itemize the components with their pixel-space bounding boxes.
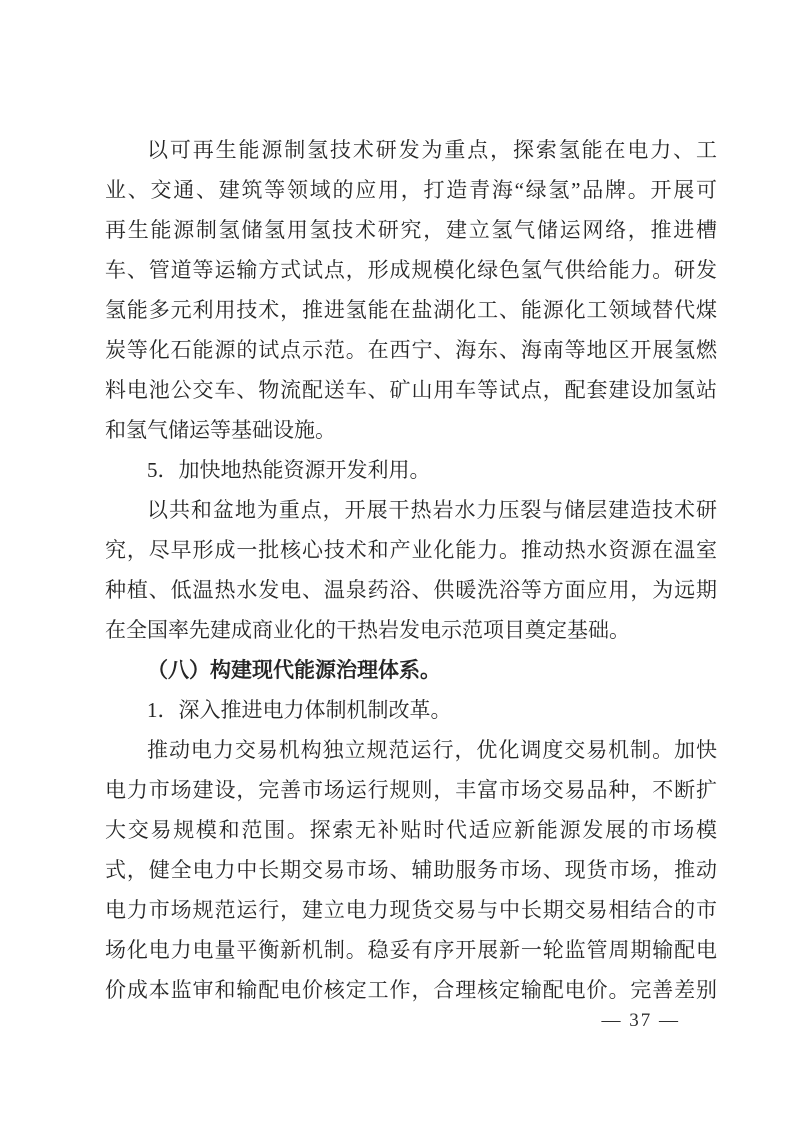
paragraph-geothermal-line: 种植、低温热水发电、温泉药浴、供暖洗浴等方面应用，为远期 (105, 570, 717, 610)
paragraph-geothermal-line: 究，尽早形成一批核心技术和产业化能力。推动热水资源在温室 (105, 530, 717, 570)
heading-item-5: 5．加快地热能资源开发利用。 (105, 450, 717, 490)
paragraph-hydrogen-line: 料电池公交车、物流配送车、矿山用车等试点，配套建设加氢站 (105, 370, 717, 410)
paragraph-power-reform-line: 推动电力交易机构独立规范运行，优化调度交易机制。加快 (105, 730, 717, 770)
paragraph-hydrogen-line: 车、管道等运输方式试点，形成规模化绿色氢气供给能力。研发 (105, 250, 717, 290)
paragraph-hydrogen-line: 再生能源制氢储氢用氢技术研究，建立氢气储运网络，推进槽 (105, 210, 717, 250)
paragraph-hydrogen-line: 以可再生能源制氢技术研发为重点，探索氢能在电力、工 (105, 130, 717, 170)
paragraph-hydrogen-line: 氢能多元利用技术，推进氢能在盐湖化工、能源化工领域替代煤 (105, 290, 717, 330)
paragraph-geothermal-line: 在全国率先建成商业化的干热岩发电示范项目奠定基础。 (105, 610, 717, 650)
paragraph-power-reform-line: 电力市场建设，完善市场运行规则，丰富市场交易品种，不断扩 (105, 770, 717, 810)
paragraph-hydrogen-line: 业、交通、建筑等领域的应用，打造青海“绿氢”品牌。开展可 (105, 170, 717, 210)
paragraph-power-reform-line: 式，健全电力中长期交易市场、辅助服务市场、现货市场，推动 (105, 850, 717, 890)
paragraph-power-reform-line: 场化电力电量平衡新机制。稳妥有序开展新一轮监管周期输配电 (105, 930, 717, 970)
paragraph-hydrogen-line: 炭等化石能源的试点示范。在西宁、海东、海南等地区开展氢燃 (105, 330, 717, 370)
paragraph-power-reform-line: 电力市场规范运行，建立电力现货交易与中长期交易相结合的市 (105, 890, 717, 930)
section-heading-8: （八）构建现代能源治理体系。 (105, 650, 717, 690)
paragraph-geothermal-line: 以共和盆地为重点，开展干热岩水力压裂与储层建造技术研 (105, 490, 717, 530)
page-number: — 37 — (602, 1008, 681, 1034)
page-body: 以可再生能源制氢技术研发为重点，探索氢能在电力、工 业、交通、建筑等领域的应用，… (105, 130, 717, 1010)
paragraph-hydrogen-line: 和氢气储运等基础设施。 (105, 410, 717, 450)
paragraph-power-reform-line: 大交易规模和范围。探索无补贴时代适应新能源发展的市场模 (105, 810, 717, 850)
heading-item-1: 1．深入推进电力体制机制改革。 (105, 690, 717, 730)
paragraph-power-reform-line: 价成本监审和输配电价核定工作，合理核定输配电价。完善差别 (105, 970, 717, 1010)
document-page: 以可再生能源制氢技术研发为重点，探索氢能在电力、工 业、交通、建筑等领域的应用，… (0, 0, 800, 1131)
